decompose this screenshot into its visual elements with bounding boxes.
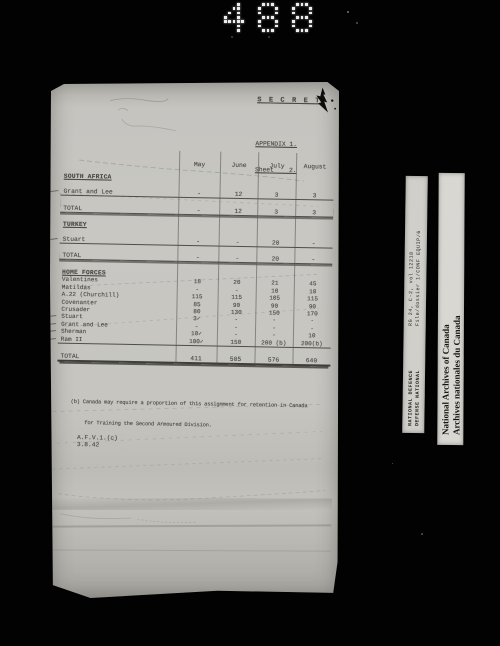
total-value-cell: - — [294, 256, 332, 264]
document-date: 3.8.42 — [77, 441, 118, 449]
ink-blot — [302, 86, 339, 117]
frame-counter — [224, 3, 313, 35]
value-cell: - — [295, 240, 333, 248]
archives-banner: National Archives of Canada Archives nat… — [437, 173, 464, 445]
appendix-line: APPENDIX 1. — [255, 140, 297, 149]
total-value-cell: 12 — [219, 208, 257, 216]
department-line: DEFENSE NATIONAL — [414, 348, 422, 426]
archives-banner-text: National Archives of Canada Archives nat… — [440, 183, 462, 435]
total-value-cell: - — [218, 255, 256, 263]
footnote-line: (b) Canada may require a proportion of t… — [71, 399, 308, 410]
document-content: S E C R E T APPENDIX 1. Sheet 2. MayJune… — [41, 81, 339, 602]
total-label: TOTAL — [57, 352, 175, 361]
film-speck — [347, 11, 349, 13]
film-speck — [356, 22, 358, 24]
document-page: S E C R E T APPENDIX 1. Sheet 2. MayJune… — [50, 82, 339, 598]
total-value-cell: 20 — [256, 255, 294, 263]
value-cell: - — [178, 238, 219, 246]
file-reference-text: RG 24, C-2, vol 12218 File/dossier 1/CON… — [408, 178, 423, 326]
total-value-cell: 576 — [254, 356, 292, 364]
total-value-cell: 505 — [216, 355, 254, 363]
film-speck — [392, 463, 393, 464]
total-value-cell: - — [177, 254, 218, 262]
value-cell: 20 — [257, 239, 295, 247]
value-cell: - — [219, 239, 257, 247]
archive-file-label: RG 24, C-2, vol 12218 File/dossier 1/CON… — [402, 176, 428, 433]
value-cell: 3 — [295, 192, 333, 200]
file-reference-line: File/dossier 1/CONF EQUIP/6 — [414, 178, 423, 326]
archives-banner-line: Archives nationales du Canada — [451, 183, 463, 435]
archives-banner-line: National Archives of Canada — [440, 183, 452, 435]
value-cell: 100✓ — [176, 337, 217, 345]
value-cell: - — [178, 190, 219, 198]
value-cell: 200 (b) — [255, 339, 293, 347]
reference-block: A.F.V.1.(c) 3.8.42 — [77, 434, 118, 449]
total-value-cell: 411 — [175, 354, 216, 362]
film-speck — [268, 36, 270, 38]
frame-counter-digit — [258, 3, 279, 33]
total-value-cell: - — [178, 207, 219, 215]
total-value-cell: 3 — [295, 209, 333, 217]
value-cell: 200(b) — [293, 339, 331, 347]
value-cell: 12 — [219, 191, 257, 199]
department-text: NATIONAL DEFENCE DEFENSE NATIONAL — [407, 348, 421, 426]
assignment-table: MayJuneJulyAugustSOUTH AFRICAGrant and L… — [57, 149, 334, 366]
film-speck — [421, 533, 423, 535]
value-cell: 150 — [217, 338, 255, 346]
frame-counter-digit — [292, 3, 313, 33]
total-value-cell: 3 — [257, 208, 295, 216]
total-value-cell: 640 — [292, 356, 330, 364]
footnote-line: for Training the Second Armoured Divisio… — [84, 420, 307, 431]
value-cell: 3 — [257, 191, 295, 199]
film-speck — [231, 36, 233, 38]
frame-counter-digit — [224, 3, 245, 33]
